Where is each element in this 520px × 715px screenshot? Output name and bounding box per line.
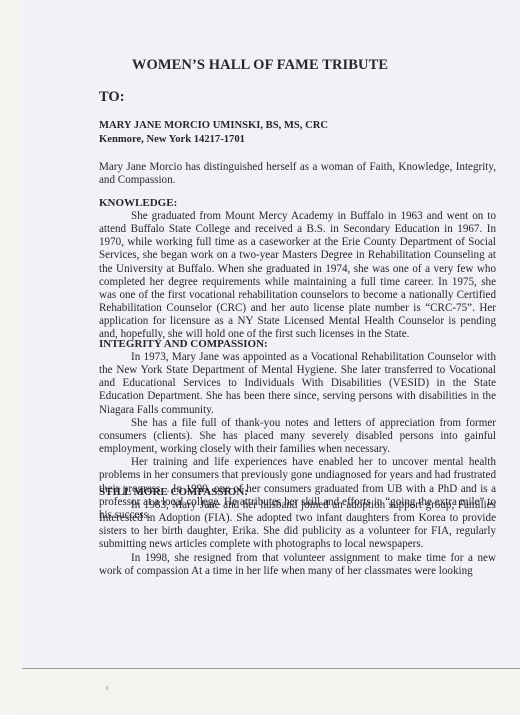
paragraph: She has a file full of thank-you notes a… xyxy=(99,417,496,456)
scan-margin xyxy=(0,0,22,715)
paragraph: In 1998, she resigned from that voluntee… xyxy=(99,552,496,578)
still-more-compassion-section: STILL MORE COMPASSION: In 1983, Mary Jan… xyxy=(99,485,496,578)
scan-speck xyxy=(106,686,108,690)
paragraph: In 1983, Mary Jane and her husband joine… xyxy=(99,499,496,552)
section-heading: INTEGRITY AND COMPASSION: xyxy=(99,337,496,351)
intro-paragraph: Mary Jane Morcio has distinguished herse… xyxy=(99,161,496,187)
recipient-block: MARY JANE MORCIO UMINSKI, BS, MS, CRC Ke… xyxy=(99,119,328,147)
to-label: TO: xyxy=(99,89,125,106)
section-heading: STILL MORE COMPASSION: xyxy=(99,485,496,499)
knowledge-section: KNOWLEDGE: She graduated from Mount Merc… xyxy=(99,196,496,342)
document-title: WOMEN’S HALL OF FAME TRIBUTE xyxy=(0,57,520,74)
paragraph: She graduated from Mount Mercy Academy i… xyxy=(99,210,496,342)
intro-section: Mary Jane Morcio has distinguished herse… xyxy=(99,161,496,187)
section-heading: KNOWLEDGE: xyxy=(99,196,496,210)
recipient-name: MARY JANE MORCIO UMINSKI, BS, MS, CRC xyxy=(99,119,328,133)
recipient-address: Kenmore, New York 14217-1701 xyxy=(99,133,328,147)
paragraph: In 1973, Mary Jane was appointed as a Vo… xyxy=(99,351,496,417)
